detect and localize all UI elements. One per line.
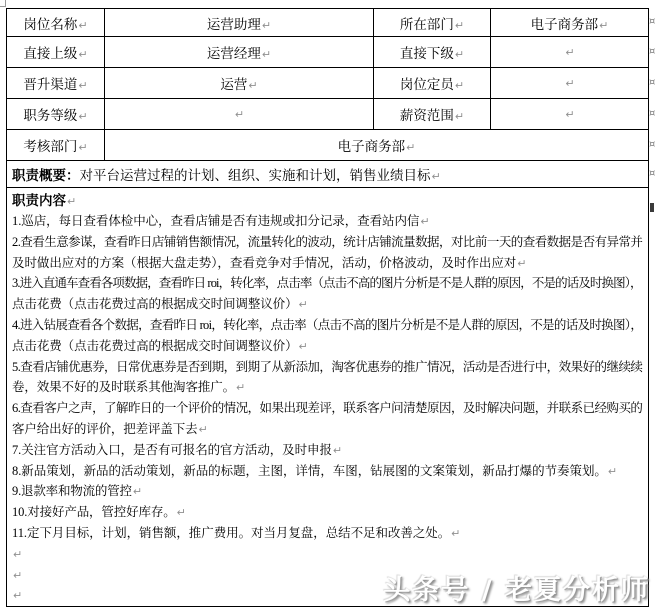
duty-line: 7.关注官方活动入口，是否有可报名的官方活动，及时申报: [12, 440, 644, 461]
row-end-marker-icon: [649, 109, 655, 119]
job-description-sheet: 岗位名称 运营助理 所在部门 电子商务部 直接上级 运营经理 直接下级 晋升渠道…: [0, 0, 655, 610]
table-row: 晋升渠道 运营 岗位定员: [7, 68, 649, 99]
table-row-assess-dept: 考核部门 电子商务部: [7, 130, 649, 161]
duties-title: 职责内容: [12, 190, 644, 211]
row-end-marker-icon: [649, 169, 655, 179]
duty-line: 8.新品策划，新品的活动策划，新品的标题，主图，详情，车图，钻展图的文案策划，新…: [12, 461, 644, 482]
row-end-marker-icon: [649, 78, 655, 88]
watermark: 头条号 / 老夏分析师: [383, 568, 650, 607]
duty-line: 3.进入直通车查看各项数据，查看昨日 roi，转化率，点击率（点击不高的图片分析…: [12, 273, 644, 294]
field-value: 运营经理: [207, 46, 271, 61]
field-value: 运营: [220, 77, 257, 92]
duty-line: 卷，效果不好的及时联系其他淘客推广。: [12, 377, 644, 398]
summary-text: 对平台运营过程的计划、组织、实施和计划，销售业绩目标: [80, 168, 441, 183]
table-row-duty-content: 职责内容 1.巡店，每日查看体检中心，查看店铺是否有违规或扣分记录，查看站内信2…: [7, 188, 649, 607]
field-label: 岗位名称: [23, 17, 87, 32]
field-label: 岗位定员: [400, 77, 464, 92]
document-page: { "info_table": { "rows": [ { "label1": …: [0, 0, 655, 610]
table-row-duty-summary: 职责概要：对平台运营过程的计划、组织、实施和计划，销售业绩目标: [7, 161, 649, 188]
field-label: 薪资范围: [400, 108, 464, 123]
row-end-marker-icon: [649, 47, 655, 57]
duty-line: 点击花费（点击花费过高的根据成交时间调整议价）: [12, 294, 644, 315]
row-end-marker-icon: [649, 140, 655, 150]
summary-label: 职责概要：: [12, 168, 80, 183]
duty-line: 11.定下月目标，计划，销售额，推广费用。对当月复盘，总结不足和改善之处。: [12, 523, 644, 544]
field-label: 晋升渠道: [23, 77, 87, 92]
field-value: 运营助理: [207, 17, 271, 32]
duty-line: 6.查看客户之声，了解昨日的一个评价的情况，如果出现差评，联系客户问清楚原因，及…: [12, 398, 644, 419]
table-row: 岗位名称 运营助理 所在部门 电子商务部: [7, 9, 649, 37]
duty-line: 1.巡店，每日查看体检中心，查看店铺是否有违规或扣分记录，查看站内信: [12, 211, 644, 232]
duty-line: 9.退款率和物流的管控: [12, 481, 644, 502]
table-handle-icon: [0, 0, 6, 7]
field-value: [564, 44, 574, 59]
table-row: 直接上级 运营经理 直接下级: [7, 37, 649, 68]
job-info-table: 岗位名称 运营助理 所在部门 电子商务部 直接上级 运营经理 直接下级 晋升渠道…: [6, 8, 649, 607]
field-value: 电子商务部: [531, 17, 609, 32]
field-label: 直接下级: [400, 46, 464, 61]
table-row: 职务等级 薪资范围: [7, 99, 649, 130]
duty-line: 10.对接好产品，管控好库存。: [12, 502, 644, 523]
duties-list: 1.巡店，每日查看体检中心，查看店铺是否有违规或扣分记录，查看站内信2.查看生意…: [12, 211, 644, 606]
duty-line: 2.查看生意参谋，查看昨日店铺销售额情况，流量转化的波动，统计店铺流量数据，对比…: [12, 232, 644, 253]
duty-line: 点击花费（点击花费过高的根据成交时间调整议价）: [12, 336, 644, 357]
duty-line: 客户给出好的评价，把差评盖下去: [12, 419, 644, 440]
duty-line: [12, 544, 644, 565]
field-value: [564, 106, 574, 121]
field-label: 所在部门: [400, 17, 464, 32]
row-end-marker-icon: [649, 17, 655, 27]
cell-end-marker-icon: [650, 203, 654, 212]
field-value: [234, 106, 244, 121]
duty-line: 4.进入钻展查看各个数据，查看昨日 roi，转化率，点击率（点击不高的图片分析是…: [12, 315, 644, 336]
field-value: 电子商务部: [338, 139, 416, 154]
field-label: 直接上级: [23, 46, 87, 61]
field-label: 考核部门: [23, 139, 87, 154]
duty-line: 5.查看店铺优惠券，日常优惠券是否到期，到期了从新添加，淘客优惠券的推广情况，活…: [12, 357, 644, 378]
field-value: [564, 75, 574, 90]
duty-line: 及时做出应对的方案（根据大盘走势），查看竞争对手情况，活动，价格波动，及时作出应…: [12, 253, 644, 274]
field-label: 职务等级: [23, 108, 87, 123]
